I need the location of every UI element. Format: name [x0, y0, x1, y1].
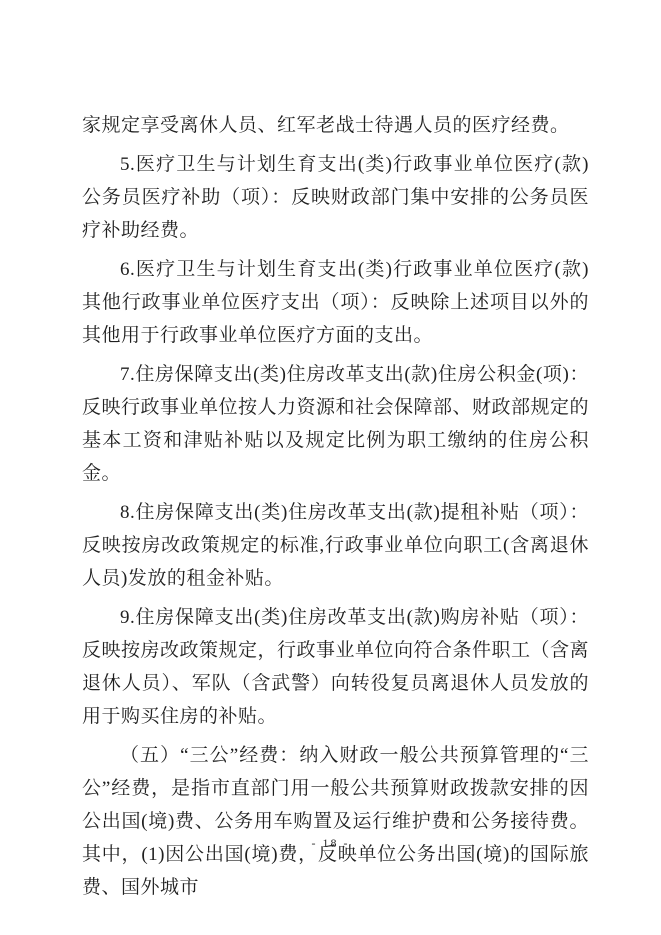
paragraph: 8.住房保障支出(类)住房改革支出(款)提租补贴（项）：反映按房改政策规定的标准… [82, 496, 589, 595]
document-page: 家规定享受离休人员、红军老战士待遇人员的医疗经费。 5.医疗卫生与计划生育支出(… [0, 0, 661, 935]
page-number: - 18 - [0, 836, 661, 851]
paragraph: 7.住房保障支出(类)住房改革支出(款)住房公积金(项)：反映行政事业单位按人力… [82, 358, 589, 490]
paragraph: 9.住房保障支出(类)住房改革支出(款)购房补贴（项）：反映按房改政策规定，行政… [82, 601, 589, 733]
paragraph: 5.医疗卫生与计划生育支出(类)行政事业单位医疗(款)公务员医疗补助（项）：反映… [82, 148, 589, 247]
document-body: 家规定享受离休人员、红军老战士待遇人员的医疗经费。 5.医疗卫生与计划生育支出(… [82, 109, 589, 910]
paragraph: 家规定享受离休人员、红军老战士待遇人员的医疗经费。 [82, 109, 589, 142]
paragraph: （五）“三公”经费：纳入财政一般公共预算管理的“三公”经费，是指市直部门用一般公… [82, 739, 589, 904]
paragraph: 6.医疗卫生与计划生育支出(类)行政事业单位医疗(款)其他行政事业单位医疗支出（… [82, 253, 589, 352]
